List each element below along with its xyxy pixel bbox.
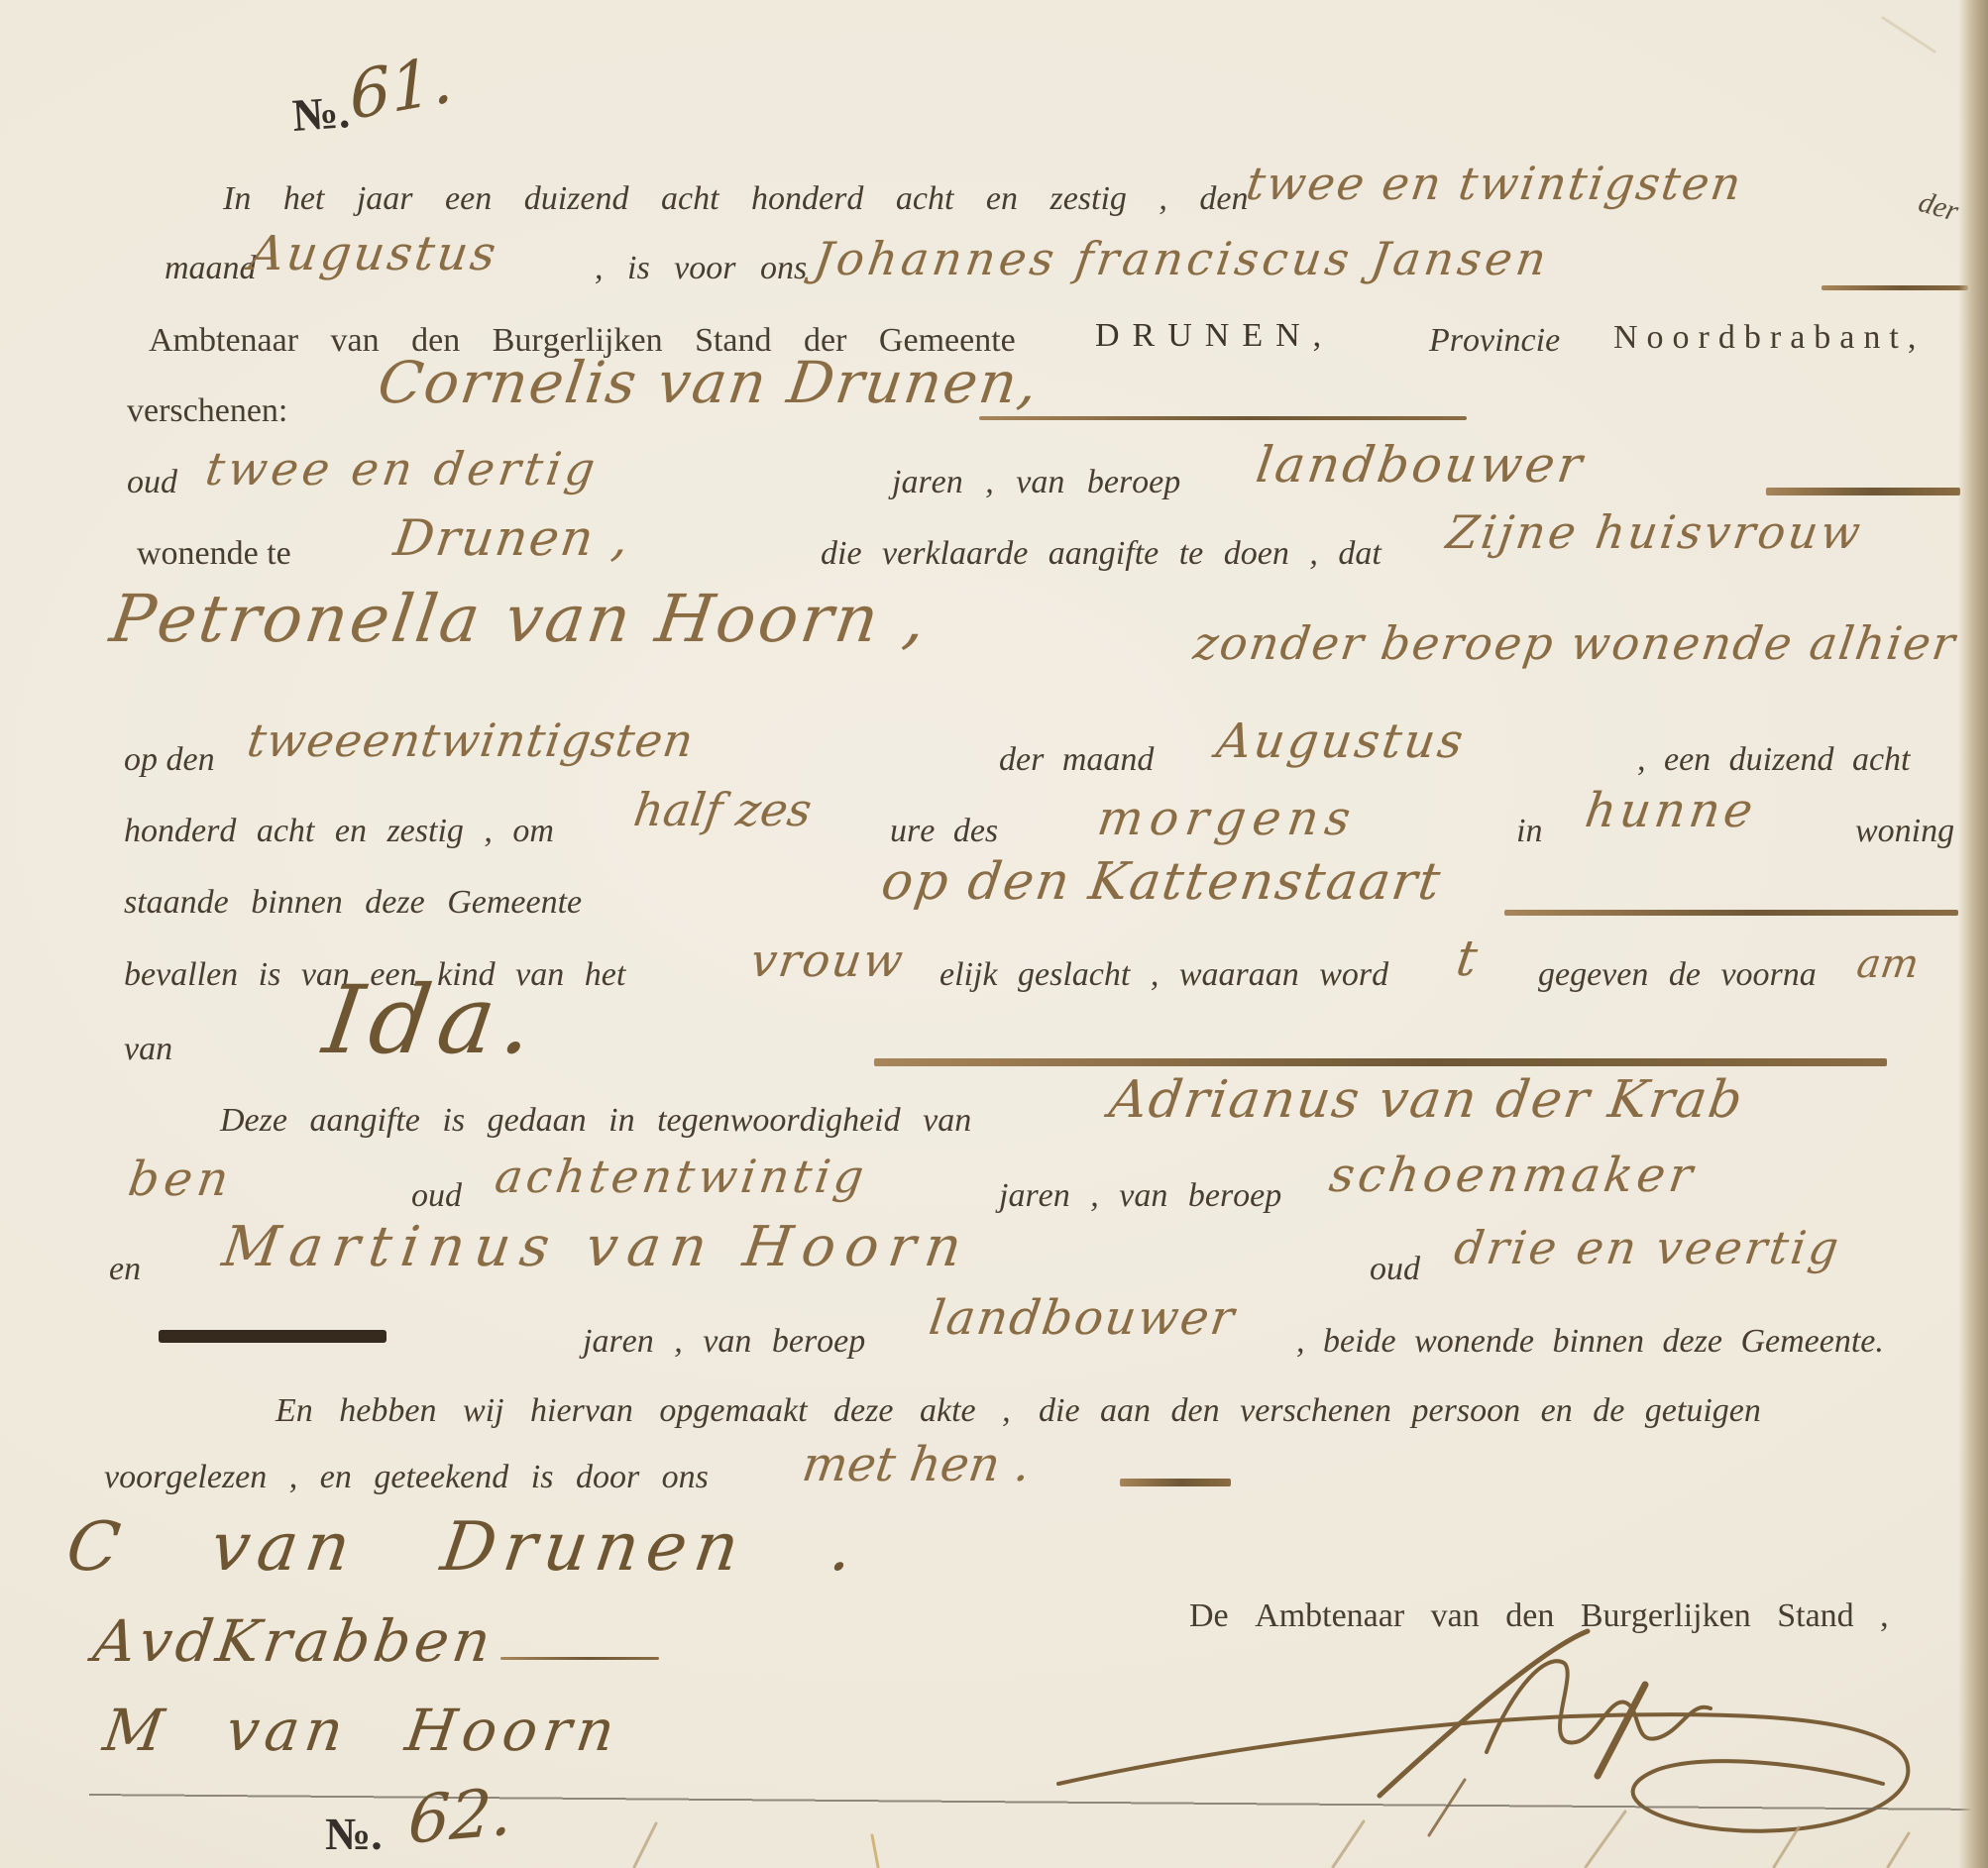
line9-printed-woning: woning bbox=[1855, 813, 1954, 850]
line11-handwritten-sex: vrouw bbox=[747, 934, 908, 987]
line11-handwritten-t: t bbox=[1453, 930, 1481, 987]
line3-printed-provincie-label: Provincie bbox=[1429, 322, 1560, 360]
line11-printed-elijk: elijk geslacht , waaraan word bbox=[939, 956, 1388, 994]
line16-printed-beide: , beide wonende binnen deze Gemeente. bbox=[1296, 1323, 1884, 1361]
line5-printed-jaren-beroep: jaren , van beroep bbox=[892, 464, 1180, 501]
line14-handwritten-occupation: schoenmaker bbox=[1326, 1148, 1700, 1203]
signature-witness2: M van Hoorn bbox=[99, 1697, 624, 1764]
line9-handwritten-time: half zes bbox=[630, 783, 815, 836]
line16-printed-jaren-beroep: jaren , van beroep bbox=[583, 1323, 865, 1361]
line1-printed: In het jaar een duizend acht honderd ach… bbox=[223, 180, 1249, 218]
line13-printed-deze-aangifte: Deze aangifte is gedaan in tegenwoordigh… bbox=[220, 1102, 971, 1140]
line8-handwritten-day: tweeentwintigsten bbox=[244, 714, 698, 767]
line8-printed-end: , een duizend acht bbox=[1637, 741, 1911, 779]
line4-handwritten-declarant: Cornelis van Drunen, bbox=[374, 349, 1044, 416]
line14-printed-jaren-beroep: jaren , van beroep bbox=[999, 1177, 1281, 1215]
act-number-value: 61. bbox=[347, 41, 455, 135]
line17-printed-en-hebben: En hebben wij hiervan opgemaakt deze akt… bbox=[276, 1392, 1011, 1430]
line15-printed-oud: oud bbox=[1370, 1251, 1420, 1288]
line2-printed-maand: maand bbox=[165, 250, 257, 287]
line7-handwritten-mother-rest: zonder beroep wonende alhier bbox=[1190, 616, 1960, 670]
line15-handwritten-age: drie en veertig bbox=[1451, 1221, 1844, 1274]
line14-handwritten-age: achtentwintig bbox=[492, 1150, 871, 1203]
signature-witness1: AvdKrabben bbox=[89, 1607, 498, 1675]
next-act-number-label: №. bbox=[325, 1808, 383, 1860]
line10-handwritten-address: op den Kattenstaart bbox=[878, 852, 1446, 912]
line14-printed-oud: oud bbox=[411, 1177, 462, 1215]
line6-printed-verklaarde: die verklaarde aangifte te doen , dat bbox=[821, 535, 1381, 573]
ink-rule-after-declarant bbox=[979, 416, 1467, 420]
line12-printed-van: van bbox=[124, 1031, 172, 1068]
line5-handwritten-age: twee en dertig bbox=[202, 442, 602, 495]
next-act-number-value: 62. bbox=[406, 1773, 514, 1859]
line6-handwritten-place: Drunen , bbox=[390, 509, 634, 567]
line9-printed-honderd: honderd acht en zestig , om bbox=[124, 813, 554, 850]
line8-handwritten-month: Augustus bbox=[1213, 714, 1470, 769]
act-number-label: №. bbox=[290, 85, 351, 142]
line6-handwritten-zijne-huisvrouw: Zijne huisvrouw bbox=[1443, 505, 1866, 559]
line2-printed-mid: , is voor ons bbox=[595, 250, 807, 287]
line8-printed-der-maand: der maand bbox=[999, 741, 1154, 779]
line9-handwritten-hunne: hunne bbox=[1582, 783, 1760, 838]
line5-handwritten-occupation: landbouwer bbox=[1253, 436, 1589, 494]
line1-handwritten-day: twee en twintigsten bbox=[1243, 157, 1746, 210]
line13-handwritten-witness1-name: Adrianus van der Krab bbox=[1106, 1070, 1748, 1130]
page-edge-shadow bbox=[1958, 0, 1988, 1868]
line3-printed-gemeente: DRUNEN, bbox=[1095, 317, 1334, 355]
ink-heavy-dash bbox=[159, 1330, 387, 1343]
line11-printed-gegeven: gegeven de voorna bbox=[1538, 956, 1817, 994]
ink-dash-after-methen bbox=[1120, 1479, 1231, 1486]
line2-handwritten-month: Augustus bbox=[246, 226, 502, 281]
line10-printed-staande: staande binnen deze Gemeente bbox=[124, 884, 582, 922]
line15-printed-en: en bbox=[109, 1251, 141, 1288]
line11-handwritten-am: am bbox=[1854, 941, 1922, 987]
line18-printed-voorgelezen: voorgelezen , en geteekend is door ons bbox=[104, 1459, 709, 1496]
ink-dash-after-witness1 bbox=[500, 1657, 659, 1660]
line12-handwritten-child-name: Ida. bbox=[317, 966, 548, 1075]
officer-title: De Ambtenaar van den Burgerlijken Stand … bbox=[1189, 1597, 1889, 1635]
ink-dash-after-address bbox=[1504, 910, 1958, 916]
birth-certificate-scan: №. 61. In het jaar een duizend acht hond… bbox=[0, 0, 1988, 1868]
signature-declarant: C van Drunen . bbox=[61, 1508, 865, 1587]
line9-printed-in: in bbox=[1516, 813, 1542, 850]
line9-printed-ure-des: ure des bbox=[890, 813, 998, 850]
line6-printed-wonende: wonende te bbox=[137, 535, 291, 573]
line5-printed-oud: oud bbox=[127, 464, 177, 501]
line14-handwritten-ben: ben bbox=[125, 1152, 237, 1207]
line3-printed-provincie: Noordbrabant, bbox=[1613, 319, 1925, 357]
ink-dash-after-occupation bbox=[1766, 488, 1960, 495]
line2-handwritten-official-name: Johannes franciscus Jansen bbox=[811, 232, 1553, 285]
line18-handwritten-methen: met hen . bbox=[799, 1437, 1034, 1492]
line16-handwritten-occupation: landbouwer bbox=[926, 1290, 1239, 1346]
line8-printed-op-den: op den bbox=[124, 741, 215, 779]
line15-handwritten-witness2-name: Martinus van Hoorn bbox=[218, 1215, 975, 1279]
ink-dash-after-official bbox=[1822, 285, 1968, 290]
line4-printed-verschenen: verschenen: bbox=[127, 392, 287, 430]
ink-dash-after-child-name bbox=[874, 1058, 1887, 1066]
line17-printed-die-aan: die aan den verschenen persoon en de get… bbox=[1039, 1392, 1761, 1430]
line1-printed-der: der bbox=[1915, 185, 1962, 229]
line7-handwritten-mother-name: Petronella van Hoorn , bbox=[106, 581, 934, 657]
line9-handwritten-daypart: morgens bbox=[1094, 791, 1361, 846]
